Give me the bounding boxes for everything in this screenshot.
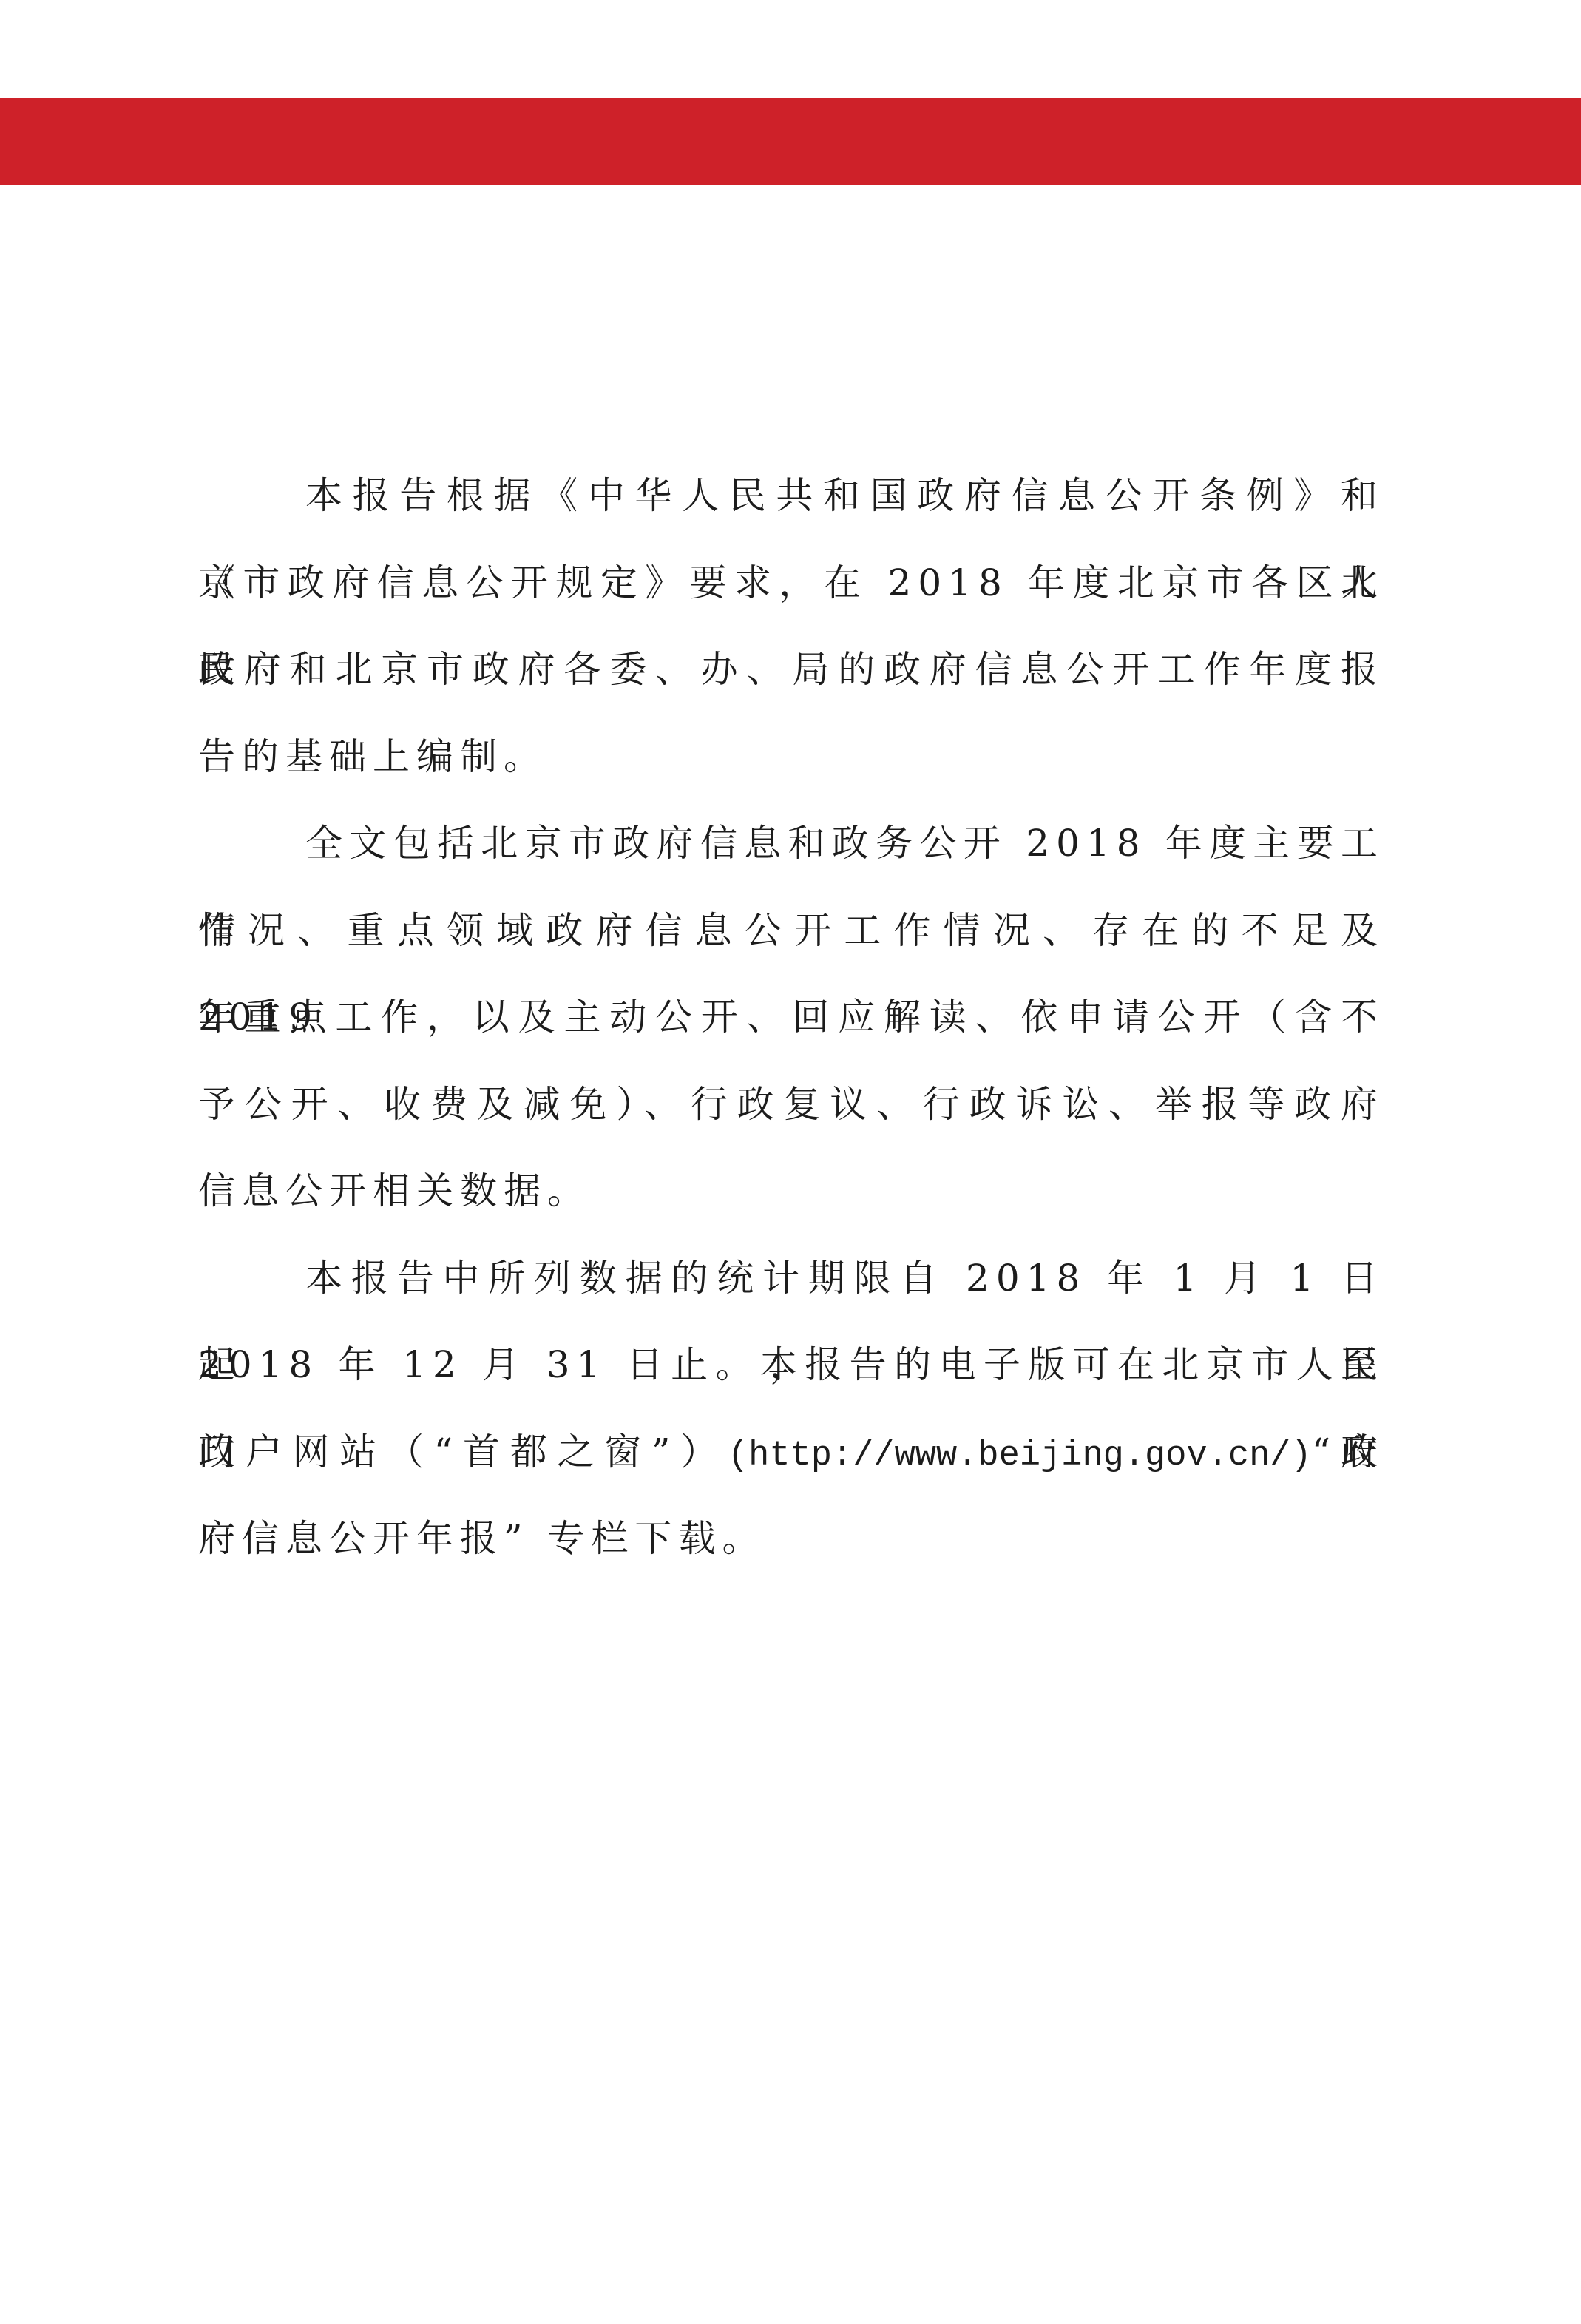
paragraph-3-line-4: 府信息公开年报” 专栏下载。 [198,1496,1384,1583]
paragraph-2-line-3: 年重点工作，以及主动公开、回应解读、依申请公开（含不 [198,974,1384,1061]
paragraph-2-line-4: 予公开、收费及减免）、行政复议、行政诉讼、举报等政府 [198,1061,1384,1149]
document-page: The 2018 Annual Report on the Informatio… [0,0,1581,2324]
paragraph-1-line-1: 本报告根据《中华人民共和国政府信息公开条例》和《北 [198,453,1384,540]
paragraph-3-line-1: 本报告中所列数据的统计期限自 2018 年 1 月 1 日起，至 [198,1235,1384,1323]
paragraph-2-line-1: 全文包括北京市政府信息和政务公开 2018 年度主要工作 [198,800,1384,888]
diamond-mosaic-logo-icon [812,201,893,283]
body-text: 本报告根据《中华人民共和国政府信息公开条例》和《北 京市政府信息公开规定》要求，… [198,453,1384,1583]
header-band: The 2018 Annual Report on the Informatio… [0,98,1581,185]
url-text: (http://www.beijing.gov.cn/) [728,1436,1312,1476]
paragraph-3-line-3: 门户网站（“首都之窗”）(http://www.beijing.gov.cn/)… [198,1409,1384,1496]
paragraph-1-line-4: 告的基础上编制。 [198,714,1384,801]
url-line-prefix: 门户网站（“首都之窗”） [198,1430,728,1473]
paragraph-3-line-2: 2018 年 12 月 31 日止。本报告的电子版可在北京市人民政府 [198,1322,1384,1409]
url-line-suffix: “政 [1312,1430,1384,1473]
paragraph-1-line-2: 京市政府信息公开规定》要求，在 2018 年度北京市各区人民 [198,540,1384,627]
header-title-line1: The 2018 Annual Report on the Informatio… [902,208,1427,240]
header-title-line2: Disclosure by the Beijing Municipal Gove… [902,240,1427,273]
paragraph-2-line-5: 信息公开相关数据。 [198,1148,1384,1235]
paragraph-2-line-2: 情况、重点领域政府信息公开工作情况、存在的不足及 2019 [198,888,1384,975]
paragraph-1-line-3: 政府和北京市政府各委、办、局的政府信息公开工作年度报 [198,626,1384,714]
header-title: The 2018 Annual Report on the Informatio… [902,208,1427,273]
